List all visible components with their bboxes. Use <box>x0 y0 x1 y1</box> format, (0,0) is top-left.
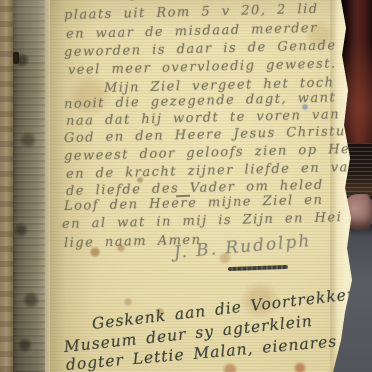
manuscript-line: als de genade Gods overvloediglijk <box>66 0 367 3</box>
signature-underline <box>228 265 288 271</box>
book-cover-edge <box>0 0 13 372</box>
manuscript-line: en al wat in mij is Zijn en Hei <box>62 210 343 232</box>
book-photo: als de genade Gods overvloediglijk plaat… <box>0 0 372 372</box>
manuscript-page: als de genade Gods overvloediglijk plaat… <box>50 0 354 372</box>
manuscript-line: veel meer overvloedig geweest. <box>68 56 337 78</box>
spine-notch <box>13 52 19 64</box>
manuscript-line: plaats uit Rom 5 v 20, 2 lid <box>64 2 319 23</box>
